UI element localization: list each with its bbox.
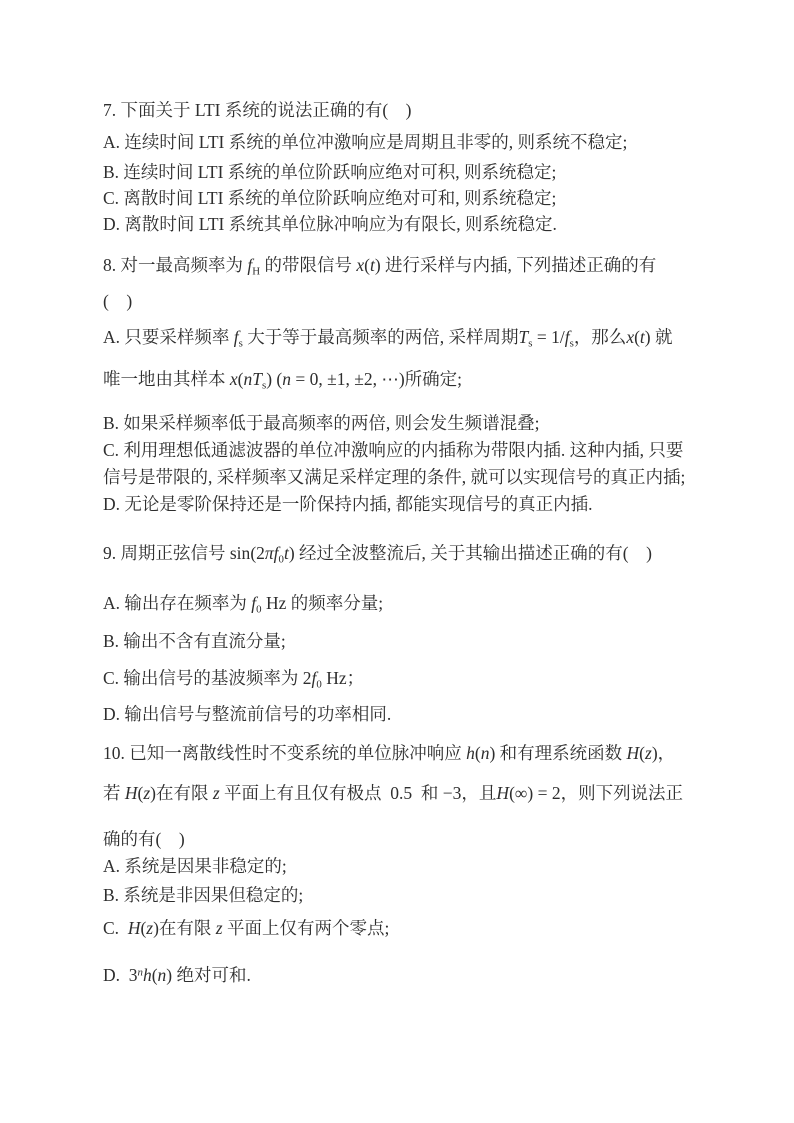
document-page: 7. 下面关于 LTI 系统的说法正确的有( ) A. 连续时间 LTI 系统的… bbox=[0, 0, 794, 1123]
text-segment: 信号是带限的, 采样频率又满足采样定理的条件, 就可以实现信号的真正内插; bbox=[103, 467, 685, 487]
text-segment: H bbox=[125, 783, 138, 803]
question-10-stem-line3: 确的有( ) bbox=[103, 829, 185, 851]
text-segment: 平面上有且仅有极点 0.5 和 −3，且 bbox=[220, 783, 497, 803]
text-segment: B. 如果采样频率低于最高频率的两倍, 则会发生频谱混叠; bbox=[103, 413, 540, 433]
question-7-stem: 7. 下面关于 LTI 系统的说法正确的有( ) bbox=[103, 100, 412, 122]
question-7-option-c: C. 离散时间 LTI 系统的单位阶跃响应绝对可和, 则系统稳定; bbox=[103, 188, 556, 210]
text-segment: H bbox=[128, 918, 141, 938]
text-segment: T bbox=[519, 327, 529, 347]
text-segment: ) 进行采样与内插, 下列描述正确的有 bbox=[375, 255, 656, 275]
text-segment: n bbox=[158, 965, 167, 985]
text-segment: H bbox=[496, 783, 509, 803]
text-segment: A. 连续时间 LTI 系统的单位冲激响应是周期且非零的, 则系统不稳定; bbox=[103, 132, 627, 152]
text-segment: B. 输出不含有直流分量; bbox=[103, 631, 286, 651]
question-7-option-b: B. 连续时间 LTI 系统的单位阶跃响应绝对可积, 则系统稳定; bbox=[103, 162, 556, 184]
text-segment: A. 系统是因果非稳定的; bbox=[103, 856, 287, 876]
text-segment: 9. 周期正弦信号 bbox=[103, 543, 230, 563]
text-segment: D. 输出信号与整流前信号的功率相同. bbox=[103, 704, 391, 724]
text-segment: ) 经过全波整流后, 关于其输出描述正确的有( ) bbox=[289, 543, 652, 563]
text-segment: ，那么 bbox=[574, 327, 627, 347]
text-segment: H bbox=[627, 743, 640, 763]
text-segment: ) 绝对可和. bbox=[166, 965, 251, 985]
text-segment: 若 bbox=[103, 783, 125, 803]
text-segment: C. bbox=[103, 918, 128, 938]
text-segment: n bbox=[282, 369, 291, 389]
text-segment: (2 bbox=[250, 543, 265, 563]
question-8-option-c-line2: 信号是带限的, 采样频率又满足采样定理的条件, 就可以实现信号的真正内插; bbox=[103, 467, 685, 489]
text-segment: 10. 已知一离散线性时不变系统的单位脉冲响应 bbox=[103, 743, 466, 763]
text-segment: D. 离散时间 LTI 系统其单位脉冲响应为有限长, 则系统稳定. bbox=[103, 214, 557, 234]
text-segment: x bbox=[626, 327, 634, 347]
text-segment: ) 就 bbox=[645, 327, 673, 347]
text-segment: 大于等于最高频率的两倍, 采样周期 bbox=[243, 327, 519, 347]
question-9-option-d: D. 输出信号与整流前信号的功率相同. bbox=[103, 704, 391, 726]
text-segment: 确的有( ) bbox=[103, 829, 185, 849]
text-segment: A. 输出存在频率为 bbox=[103, 593, 251, 613]
text-segment: ) 和有理系统函数 bbox=[489, 743, 626, 763]
text-segment: D. 3 bbox=[103, 965, 138, 985]
text-segment: 7. 下面关于 LTI 系统的说法正确的有( ) bbox=[103, 100, 412, 120]
text-segment: h bbox=[466, 743, 475, 763]
question-10-option-b: B. 系统是非因果但稳定的; bbox=[103, 885, 303, 907]
question-8-option-b: B. 如果采样频率低于最高频率的两倍, 则会发生频谱混叠; bbox=[103, 413, 540, 435]
text-segment: H bbox=[252, 265, 260, 277]
question-9-option-a: A. 输出存在频率为 f0 Hz 的频率分量; bbox=[103, 593, 383, 617]
text-segment: πf bbox=[265, 543, 279, 563]
text-segment: x bbox=[356, 255, 364, 275]
text-segment: z bbox=[645, 743, 652, 763]
text-segment: = 1/ bbox=[532, 327, 564, 347]
text-segment: A. 只要采样频率 bbox=[103, 327, 234, 347]
question-8-option-d: D. 无论是零阶保持还是一阶保持内插, 都能实现信号的真正内插. bbox=[103, 494, 593, 516]
question-10-option-c: C. H(z)在有限 z 平面上仅有两个零点; bbox=[103, 918, 389, 940]
text-segment: B. 系统是非因果但稳定的; bbox=[103, 885, 303, 905]
question-9-option-b: B. 输出不含有直流分量; bbox=[103, 631, 286, 653]
question-10-option-d: D. 3nh(n) 绝对可和. bbox=[103, 965, 251, 987]
text-segment: = 0, ±1, ±2, ⋯)所确定; bbox=[291, 369, 462, 389]
question-8-option-a-line1: A. 只要采样频率 fs 大于等于最高频率的两倍, 采样周期Ts = 1/fs，… bbox=[103, 327, 673, 351]
text-segment: z bbox=[213, 783, 220, 803]
text-segment: )在有限 bbox=[150, 783, 213, 803]
question-10-stem-line2: 若 H(z)在有限 z 平面上有且仅有极点 0.5 和 −3，且H(∞) = 2… bbox=[103, 783, 683, 805]
text-segment: B. 连续时间 LTI 系统的单位阶跃响应绝对可积, 则系统稳定; bbox=[103, 162, 556, 182]
text-segment: C. 输出信号的基波频率为 2 bbox=[103, 668, 312, 688]
question-8-option-a-line2: 唯一地由其样本 x(nTs) (n = 0, ±1, ±2, ⋯)所确定; bbox=[103, 369, 462, 393]
text-segment: 的带限信号 bbox=[260, 255, 356, 275]
text-segment: ( ) bbox=[103, 291, 132, 311]
text-segment: nT bbox=[243, 369, 261, 389]
text-segment: )， bbox=[652, 743, 675, 763]
text-segment: C. 利用理想低通滤波器的单位冲激响应的内插称为带限内插. 这种内插, 只要 bbox=[103, 440, 683, 460]
text-segment: 唯一地由其样本 bbox=[103, 369, 230, 389]
question-7-option-a: A. 连续时间 LTI 系统的单位冲激响应是周期且非零的, 则系统不稳定; bbox=[103, 132, 627, 154]
question-8-stem-line2: ( ) bbox=[103, 291, 132, 313]
question-9-stem: 9. 周期正弦信号 sin(2πf0t) 经过全波整流后, 关于其输出描述正确的… bbox=[103, 543, 652, 567]
question-8-option-c-line1: C. 利用理想低通滤波器的单位冲激响应的内插称为带限内插. 这种内插, 只要 bbox=[103, 440, 683, 462]
text-segment: D. 无论是零阶保持还是一阶保持内插, 都能实现信号的真正内插. bbox=[103, 494, 593, 514]
text-segment: Hz 的频率分量; bbox=[262, 593, 384, 613]
text-segment: 8. 对一最高频率为 bbox=[103, 255, 247, 275]
text-segment: x bbox=[230, 369, 238, 389]
text-segment: C. 离散时间 LTI 系统的单位阶跃响应绝对可和, 则系统稳定; bbox=[103, 188, 556, 208]
text-segment: 平面上仅有两个零点; bbox=[223, 918, 390, 938]
question-7-option-d: D. 离散时间 LTI 系统其单位脉冲响应为有限长, 则系统稳定. bbox=[103, 214, 557, 236]
text-segment: sin bbox=[230, 543, 250, 563]
text-segment: )在有限 bbox=[153, 918, 216, 938]
text-segment: h bbox=[143, 965, 152, 985]
text-segment: Hz； bbox=[322, 668, 364, 688]
text-segment: (∞) = 2，则下列说法正 bbox=[509, 783, 683, 803]
question-10-option-a: A. 系统是因果非稳定的; bbox=[103, 856, 287, 878]
text-segment: z bbox=[216, 918, 223, 938]
question-8-stem-line1: 8. 对一最高频率为 fH 的带限信号 x(t) 进行采样与内插, 下列描述正确… bbox=[103, 255, 656, 279]
text-segment: ) ( bbox=[266, 369, 282, 389]
question-9-option-c: C. 输出信号的基波频率为 2f0 Hz； bbox=[103, 668, 364, 692]
question-10-stem-line1: 10. 已知一离散线性时不变系统的单位脉冲响应 h(n) 和有理系统函数 H(z… bbox=[103, 743, 675, 765]
